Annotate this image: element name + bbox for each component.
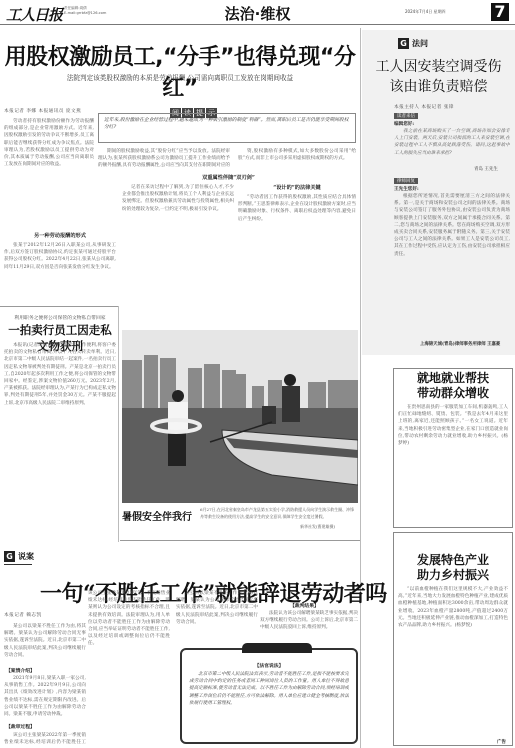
news-photo [122,330,358,503]
quote-box-tab [242,643,312,653]
photo-title: 暑假安全伴我行 [122,508,192,523]
ad-body: 在贵州思南县的一家服装加工车间,机器轰鸣,工人们正忙碌地缝纫、熨烫、包装。“我是… [398,404,508,526]
lead-col3-subhead: “设计的”的法律关键 [238,184,356,191]
page-number: 7 [491,3,509,21]
answer-salutation: 王先生您好: [394,186,419,192]
case-col3-text: 某公司以梁某不胜任工作为由,将其解聘。梁某认为公司解除劳动合同无事实依据,遂诉至… [176,590,258,630]
lawyer-answer-body: 根据您所述情况,首先需要厘清三方之间的法律关系。第一,是关于商场和安装公司之间的… [394,193,510,335]
case-byline: 本报记者 赖志凯 [4,612,42,618]
lead-body-col2: 期间的股权激励收益,其“股份分红”应当予以发放。法院经审理认为,张某所获股权激励… [98,148,230,170]
reader-letter-label: 读者来信 [394,113,418,119]
lead-byline: 本报记者 李娜 本报通讯员 庞文燕 [4,108,81,114]
law-qa-headline: 工人因安装空调受伤 该由谁负责赔偿 [362,57,515,97]
column-divider [360,28,361,748]
issue-date: 2024年7月4日 星期四 [405,9,446,15]
lead-body-col1b: 张某于2012年12月26日入职某公司,从事研发工作,后双方签订股权激励协议,约… [4,242,116,304]
lawyer-signature: 上海锦天城(青岛)律师事务所律师 王嘉豪 [420,341,500,347]
case-intro: 某公司以梁某不胜任工作为由,将其解聘。梁某认为公司解除劳动合同无事实依据,遂诉至… [4,623,86,661]
side-news-kicker: 利用职务之便将公司保管的文物私自带回家 [4,314,116,321]
law-qa-byline: 本报主持人 本报记者 张锋 [394,104,454,110]
lead-headline: 用股权激励员工,“分手”也得兑现“分红” [0,40,360,102]
lawyer-answer-label: 律师回复 [394,178,418,184]
ad-footer: 广告 [394,739,506,745]
side-news-body: 本报讯(记者周倩)利用在拍卖行工作便利,将客户委托拍卖的文物私自带离,并以个人名… [4,342,116,542]
ad-body: “以前血橙种植在我们这里规模不大,产业效益不高。”近年来,当地大力发展血橙特色种… [398,586,508,736]
header-rule [0,24,515,25]
ad-box-employment: 就地就业帮扶 带动群众增收 在贵州思南县的一家服装加工车间,机器轰鸣,工人们正忙… [393,368,513,528]
tag-underline [4,564,32,565]
verdict-label: 【裁判结果】 [290,602,319,609]
section-logo-icon: G [4,551,15,562]
reader-letter-body: 我之前在某商场购买了一台空调,商场告知会安排专人上门安装。两天后,安装公司指派的… [394,128,510,164]
lead-col1-subhead: 另一种劳动报酬的形式 [4,232,116,239]
case-section1-label: 【案情介绍】 [6,667,35,674]
reading-tip-box: 近年来,股份激励在企业经营过程中,越来越成为一种吸引激励的制度“利器”。然而,离… [98,113,356,143]
law-qa-tag: G法问 [398,38,428,49]
photo-illustration [122,330,358,503]
judge-comment-label: 【法官说法】 [189,662,349,669]
case-section-tag: G说案 [4,551,34,562]
ad-box-industry: 发展特色产业 助力乡村振兴 “以前血橙种植在我们这里规模不大,产业效益不高。”近… [393,532,513,746]
divider [120,540,360,541]
reader-signature: 青岛 王先生 [474,166,498,172]
ad-headline: 就地就业帮扶 带动群众增收 [394,371,512,401]
lead-body-col3: 资,股权激励有多种模式,如大多数股份公司采用“给股”方式,而非上市公司多采用虚拟… [238,148,356,178]
photo-credit: 新华社发(曹建雄摄) [300,524,335,531]
lead-body-col2b: 记者在采访过程中了解到,为了留住核心人才,不少企业都会推出股权激励计划,将员工个… [122,184,234,324]
judge-comment-text: 北京市第二中级人民法院法官表示,劳动者不能胜任工作,是指不能按要求完成劳动合同中… [189,671,349,741]
lead-subheadline: 法院判定该类股权激励的本质是劳动报酬,公司需向离职员工发放在岗期间收益 [0,72,360,82]
lead-body-col1: 劳动者持有股权激励份额作为劳动报酬的组成部分,是企业常用激励方式。近年来,因股权… [4,118,94,226]
case-section2-text-start: 该公司主张梁某2022年第一季度销售业绩未达标,经培训后仍不能胜任工作。梁某则认… [4,732,86,746]
verdict-text: 法院认为该公司解聘梁某缺乏事实依据,判决双方继续履行劳动合同。公司上诉后,北京市… [260,610,358,638]
lead-body-col3b: “劳动者因工作获得的股权激励,其性质应结合具体情形判断。”王思鉴律师表示,企业在… [238,194,356,324]
case-section2-text-cont: 该公司主张梁某2022年第一季度销售业绩未达标,经培训后仍不能胜任工作。梁某则认… [88,590,170,746]
divider [118,306,119,542]
case-section1-text: 2021年9月8日,梁某入职一家公司,从事销售工作。2022年9月9日,公司向其… [4,675,86,717]
reader-salutation: 编辑您好: [394,121,414,127]
section-logo-icon: G [398,38,409,49]
ad-headline: 发展特色产业 助力乡村振兴 [394,553,512,583]
divider [0,306,118,307]
case-section2-label: 【裁审过程】 [6,723,35,730]
judge-comment-box: 【法官说法】 北京市第二中级人民法院法官表示,劳动者不能胜任工作,是指不能按要求… [180,648,358,744]
